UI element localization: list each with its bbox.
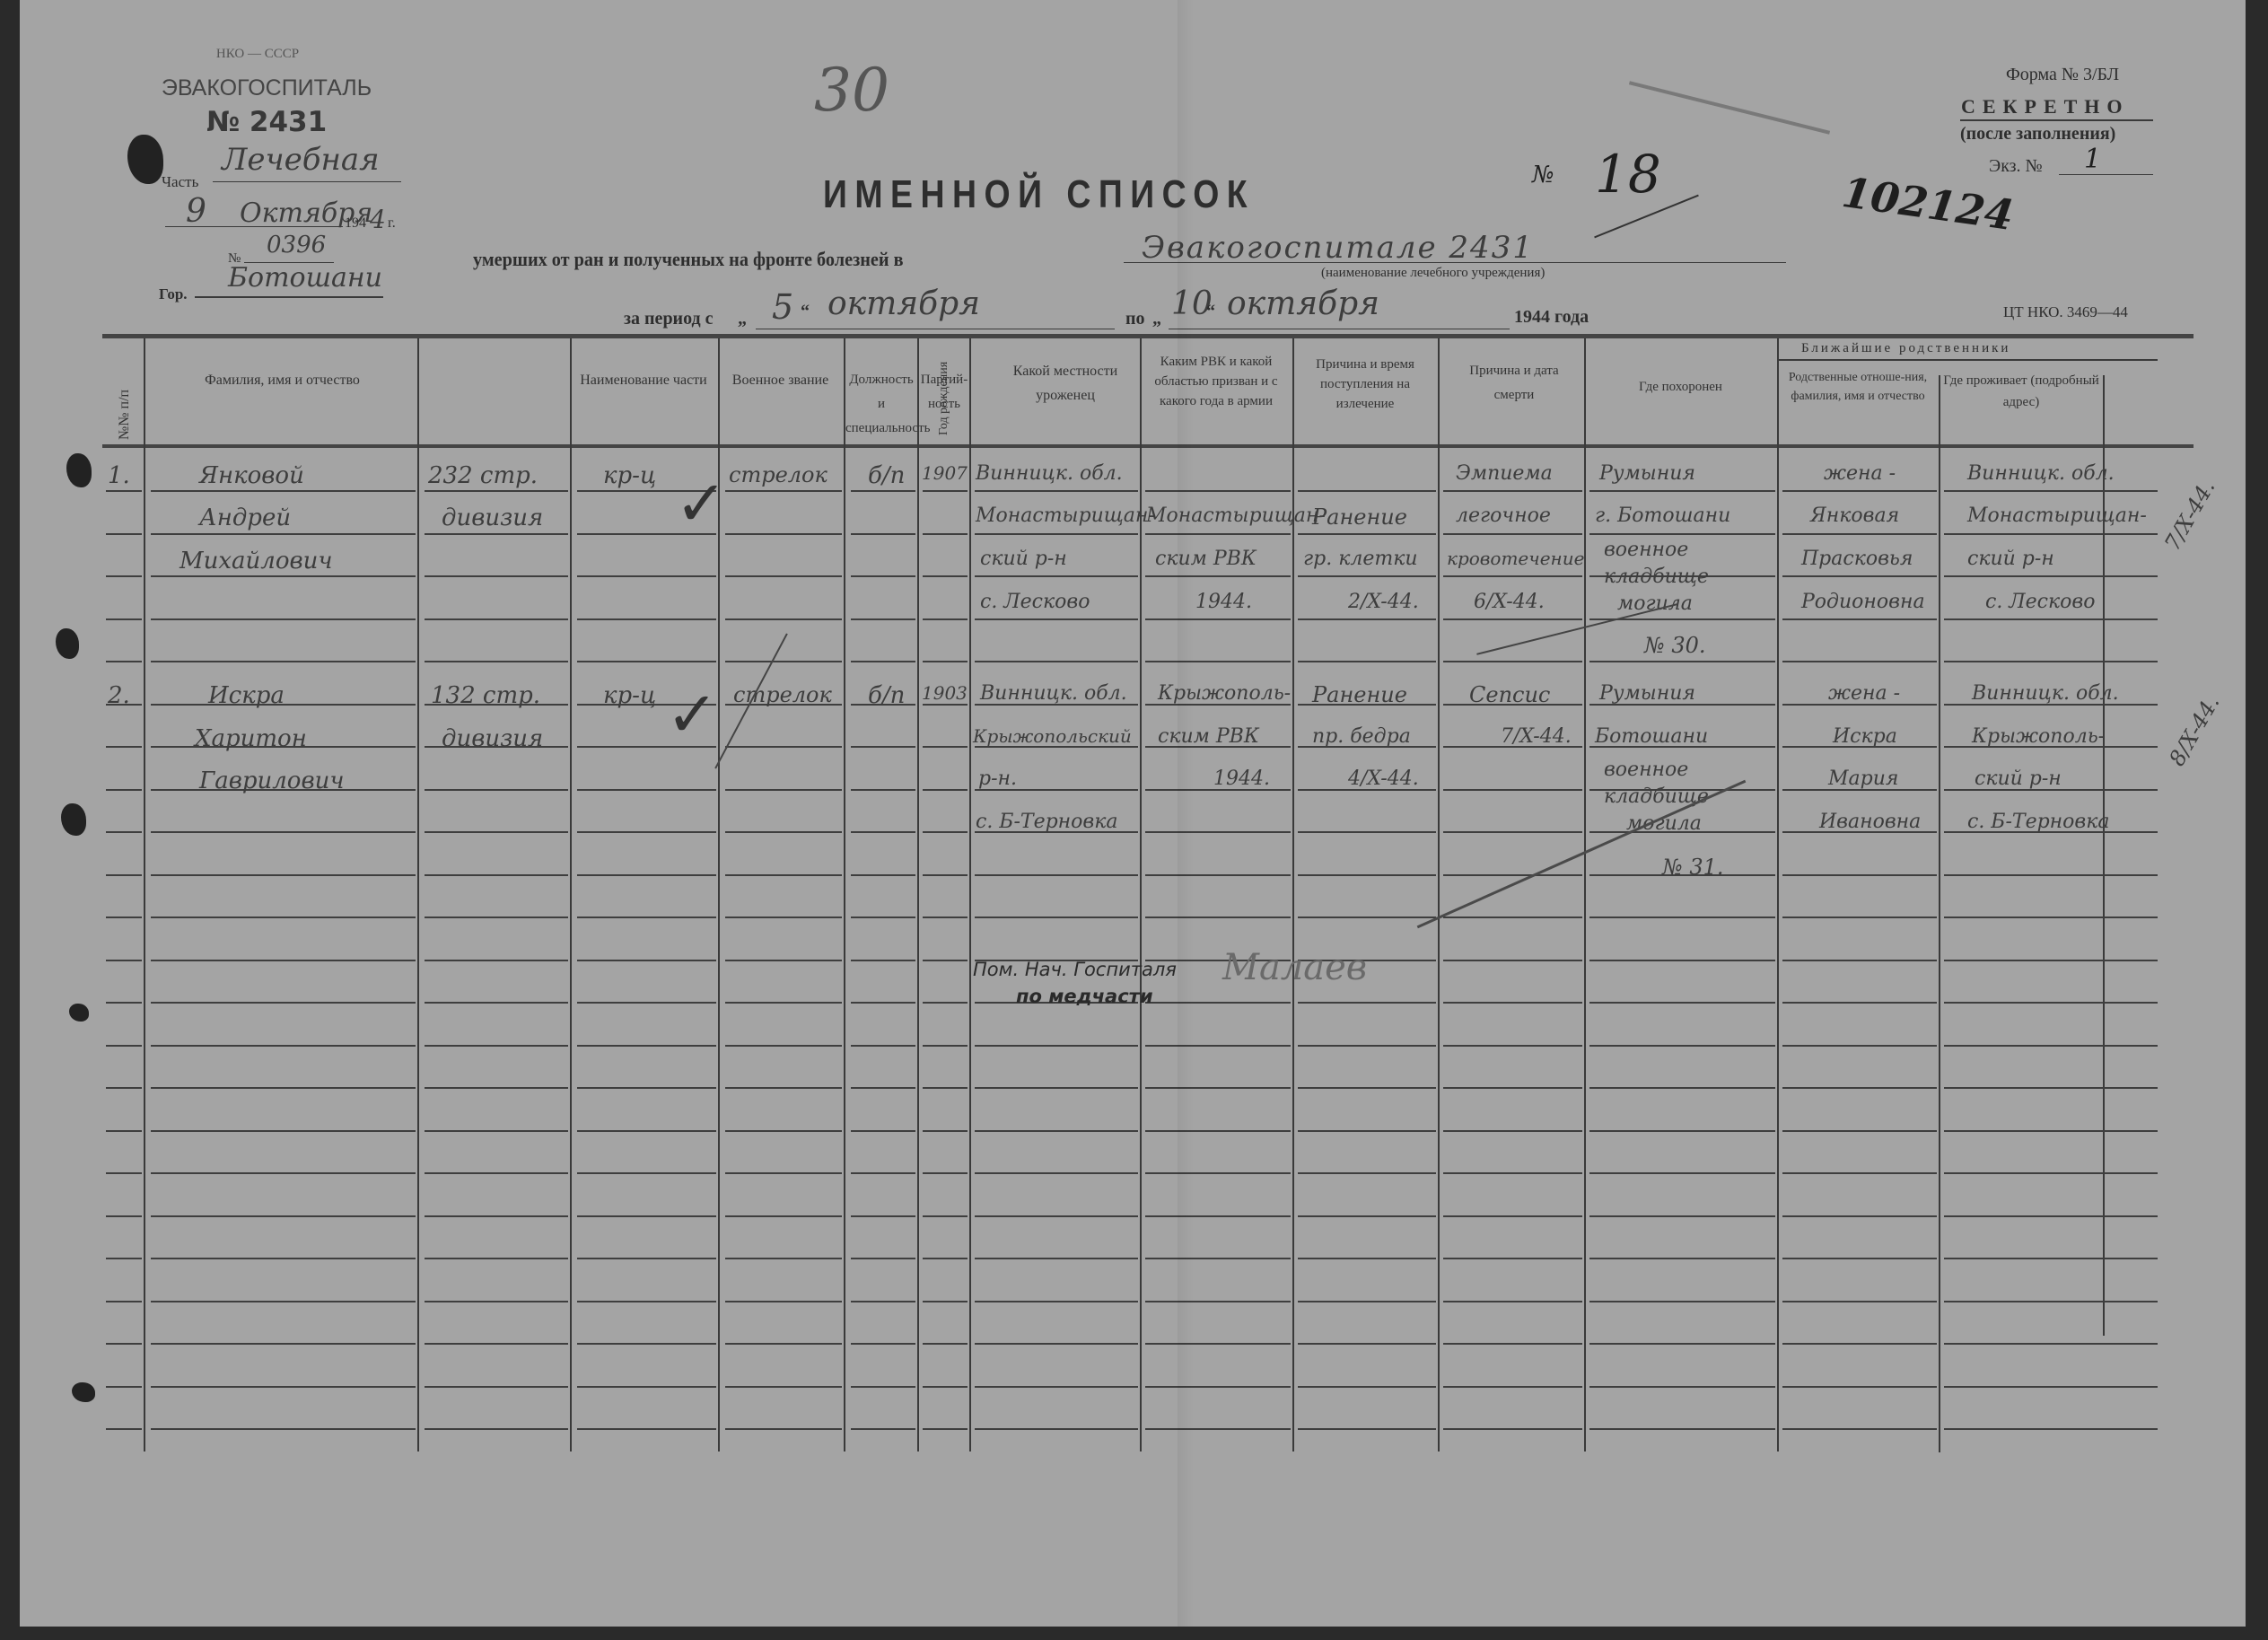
ruled-line: [425, 1087, 568, 1089]
ruled-line: [975, 661, 1138, 662]
period-to-label: по: [1125, 309, 1145, 329]
rvk: 1944.: [1213, 767, 1270, 790]
ruled-line: [1589, 1386, 1775, 1388]
ruled-line: [923, 1215, 968, 1217]
ruled-line: [851, 1386, 915, 1388]
ruled-line: [1443, 1343, 1582, 1345]
stamp-year-unit: г.: [388, 215, 396, 232]
ruled-line: [923, 746, 968, 748]
ruled-line: [1782, 533, 1937, 535]
surname: Янковой: [199, 462, 304, 489]
ruled-line: [975, 1215, 1138, 1217]
copy-label: Экз. №: [1989, 156, 2043, 177]
column-header-relative: Родственные отноше-ния, фамилия, имя и о…: [1781, 368, 1935, 406]
burial-place: военное: [1604, 539, 1688, 561]
document-title: ИМЕННОЙ СПИСОК: [823, 172, 1255, 217]
ruled-line: [1298, 618, 1436, 620]
ruled-line: [1298, 575, 1436, 577]
ruled-line: [725, 1428, 842, 1430]
origin: Крыжопольский: [973, 725, 1132, 747]
ruled-line: [106, 916, 142, 918]
ruled-line: [1443, 916, 1582, 918]
ruled-line: [1298, 1258, 1436, 1259]
ruled-line: [923, 704, 968, 706]
ruled-line: [1782, 1130, 1937, 1132]
ruled-line: [577, 575, 716, 577]
ruled-line: [151, 1258, 416, 1259]
ruled-line: [106, 1172, 142, 1174]
ruled-line: [1443, 1130, 1582, 1132]
paper-damage: [56, 628, 79, 659]
ruled-line: [923, 1258, 968, 1259]
death-date: 7/X-44.: [1501, 725, 1572, 748]
ruled-line: [106, 1045, 142, 1047]
ruled-line: [1443, 1045, 1582, 1047]
ruled-line: [106, 1087, 142, 1089]
ruled-line: [106, 960, 142, 961]
ruled-line: [1145, 533, 1291, 535]
ruled-line: [151, 960, 416, 961]
ruled-line: [106, 1428, 142, 1430]
page-number: 30: [814, 56, 889, 125]
stamp-institution: ЭВАКОГОСПИТАЛЬ: [136, 75, 397, 101]
burial-place: Румыния: [1599, 462, 1695, 485]
ruled-line: [975, 1087, 1138, 1089]
column-header-position: Должность и специальность: [845, 368, 917, 441]
address: Крыжополь-: [1972, 725, 2105, 748]
ruled-line: [151, 490, 416, 492]
checkmark-icon: ✓: [666, 678, 719, 752]
ruled-line: [1443, 533, 1582, 535]
ruled-line: [1782, 575, 1937, 577]
ruled-line: [1589, 960, 1775, 961]
column-header-rvk: Каким РВК и какой областью призван и с к…: [1143, 352, 1289, 411]
ruled-line: [1443, 490, 1582, 492]
print-code: ЦТ НКО. 3469—44: [2003, 303, 2128, 321]
ruled-line: [923, 661, 968, 662]
ruled-line: [1145, 1172, 1291, 1174]
ruled-line: [106, 1386, 142, 1388]
ruled-line: [425, 533, 568, 535]
ruled-line: [725, 1258, 842, 1259]
ruled-line: [1145, 1002, 1291, 1004]
ruled-line: [577, 1301, 716, 1302]
ruled-line: [425, 490, 568, 492]
ruled-line: [1944, 1258, 2158, 1259]
ruled-line: [1589, 1002, 1775, 1004]
ruled-line: [106, 1215, 142, 1217]
ruled-line: [1589, 490, 1775, 492]
ruled-line: [106, 1258, 142, 1259]
ruled-line: [1145, 1386, 1291, 1388]
ruled-line: [106, 1343, 142, 1345]
ruled-line: [1782, 1087, 1937, 1089]
ruled-line: [725, 1130, 842, 1132]
ruled-line: [151, 1301, 416, 1302]
death-date: 6/X-44.: [1474, 591, 1545, 613]
ruled-line: [1145, 575, 1291, 577]
ruled-line: [425, 1386, 568, 1388]
ruled-line: [1944, 1130, 2158, 1132]
ruled-line: [725, 618, 842, 620]
column-header-death: Причина и дата смерти: [1451, 359, 1577, 408]
ruled-line: [1443, 1428, 1582, 1430]
ruled-line: [1589, 1343, 1775, 1345]
ruled-line: [1589, 916, 1775, 918]
ruled-line: [1782, 874, 1937, 876]
ruled-line: [1944, 1002, 2158, 1004]
ruled-line: [725, 874, 842, 876]
death-cause: легочное: [1456, 504, 1551, 527]
ruled-line: [923, 1428, 968, 1430]
ruled-line: [106, 746, 142, 748]
ruled-line: [1944, 1301, 2158, 1302]
ruled-line: [1782, 1301, 1937, 1302]
ruled-line: [1298, 1172, 1436, 1174]
ruled-line: [425, 1428, 568, 1430]
column-header-birth-year: Год рождения: [937, 364, 951, 435]
ruled-line: [577, 1002, 716, 1004]
stamp-part-value: Лечебная: [222, 142, 380, 178]
ruled-line: [975, 1045, 1138, 1047]
ruled-line: [106, 618, 142, 620]
ruled-line: [975, 1428, 1138, 1430]
ruled-line: [1145, 490, 1291, 492]
origin: р-н.: [978, 767, 1017, 790]
ruled-line: [851, 1428, 915, 1430]
ruled-line: [851, 1343, 915, 1345]
ruled-line: [425, 1301, 568, 1302]
paper-damage: [66, 453, 92, 487]
ruled-line: [923, 1172, 968, 1174]
ruled-line: [1782, 661, 1937, 662]
column-header-admission: Причина и время поступления на излечение: [1296, 355, 1434, 414]
ruled-line: [975, 1130, 1138, 1132]
institution-caption: (наименование лечебного учреждения): [1321, 266, 1545, 281]
ruled-line: [1298, 1301, 1436, 1302]
ruled-line: [1298, 874, 1436, 876]
ruled-line: [1145, 831, 1291, 833]
column-header-number: №№ п/п: [117, 390, 133, 440]
ruled-line: [725, 575, 842, 577]
ruled-line: [151, 831, 416, 833]
ruled-line: [851, 661, 915, 662]
relative: Мария: [1828, 767, 1898, 790]
period-prefix: за период с: [624, 309, 714, 329]
period-to-month: октября: [1227, 285, 1379, 322]
ruled-line: [1298, 1087, 1436, 1089]
ruled-line: [151, 1343, 416, 1345]
list-number: 18: [1595, 144, 1661, 205]
ruled-line: [1782, 960, 1937, 961]
ruled-line: [851, 618, 915, 620]
ruled-line: [577, 1045, 716, 1047]
admission-cause: Ранение: [1312, 682, 1407, 707]
ruled-line: [1944, 1087, 2158, 1089]
ruled-line: [1443, 1215, 1582, 1217]
ruled-line: [577, 831, 716, 833]
ruled-line: [851, 789, 915, 791]
form-number: Форма № 3/БЛ: [2006, 65, 2119, 85]
ruled-line: [851, 490, 915, 492]
stamp-authority: НКО — СССР: [154, 47, 361, 62]
ruled-line: [577, 1258, 716, 1259]
unit: 232 стр.: [428, 462, 538, 489]
column-header-name: Фамилия, имя и отчество: [154, 368, 410, 392]
ruled-line: [1944, 1343, 2158, 1345]
rvk: 1944.: [1195, 591, 1252, 613]
origin: с. Б-Терновка: [976, 811, 1117, 833]
ruled-line: [1298, 1215, 1436, 1217]
ruled-line: [1944, 575, 2158, 577]
ruled-line: [425, 1172, 568, 1174]
admission-date: 4/X-44.: [1348, 767, 1419, 790]
ruled-line: [425, 1130, 568, 1132]
ruled-line: [975, 490, 1138, 492]
ruled-line: [725, 1301, 842, 1302]
ruled-line: [923, 874, 968, 876]
ruled-line: [577, 916, 716, 918]
ruled-line: [106, 831, 142, 833]
stamp-year-suffix: 4: [370, 205, 386, 234]
ruled-line: [425, 831, 568, 833]
ruled-line: [1944, 874, 2158, 876]
first-name: Андрей: [199, 504, 291, 531]
ruled-line: [151, 916, 416, 918]
ruled-line: [1298, 1130, 1436, 1132]
column-group-header-relatives: Ближайшие родственники: [1801, 341, 2010, 356]
party: б/п: [868, 682, 905, 709]
origin: с. Лесково: [980, 591, 1090, 613]
ruled-line: [1298, 1428, 1436, 1430]
ruled-line: [1944, 1386, 2158, 1388]
relative: Янковая: [1810, 504, 1899, 527]
ruled-line: [106, 789, 142, 791]
ruled-line: [106, 1002, 142, 1004]
ruled-line: [725, 746, 842, 748]
ruled-line: [577, 618, 716, 620]
admission-cause: Ранение: [1312, 504, 1407, 530]
address: Монастырищан-: [1967, 504, 2147, 527]
patronymic: Михайлович: [180, 548, 333, 574]
column-header-unit: Наименование части: [576, 368, 711, 392]
ruled-line: [851, 831, 915, 833]
ruled-line: [1443, 1301, 1582, 1302]
ruled-line: [1443, 1386, 1582, 1388]
ruled-line: [1298, 1386, 1436, 1388]
ruled-line: [106, 533, 142, 535]
ruled-line: [923, 1002, 968, 1004]
ruled-line: [1298, 1343, 1436, 1345]
column-header-rank: Военное звание: [724, 368, 836, 392]
ruled-line: [1589, 533, 1775, 535]
column-header-address: Где проживает (подробный адрес): [1942, 370, 2100, 413]
ruled-line: [425, 960, 568, 961]
ruled-line: [725, 960, 842, 961]
ruled-line: [1443, 575, 1582, 577]
secret-note: (после заполнения): [1960, 124, 2115, 145]
ruled-line: [1145, 1215, 1291, 1217]
ruled-line: [975, 618, 1138, 620]
ruled-line: [577, 874, 716, 876]
relative: жена -: [1824, 462, 1896, 485]
ruled-line: [1944, 916, 2158, 918]
ruled-line: [151, 1386, 416, 1388]
ruled-line: [1145, 1428, 1291, 1430]
ruled-line: [851, 874, 915, 876]
rvk: Монастырищан-: [1146, 504, 1326, 527]
ruled-line: [1443, 960, 1582, 961]
ruled-line: [577, 661, 716, 662]
ruled-line: [1589, 1130, 1775, 1132]
ruled-line: [1944, 1172, 2158, 1174]
ruled-line: [923, 618, 968, 620]
ruled-line: [577, 1087, 716, 1089]
margin-note: 7/X-44.: [2159, 476, 2220, 555]
birth-year: 1907: [922, 462, 968, 484]
ruled-line: [1782, 618, 1937, 620]
ruled-line: [1944, 1428, 2158, 1430]
ruled-line: [1944, 1215, 2158, 1217]
ruled-line: [106, 1301, 142, 1302]
ruled-line: [425, 916, 568, 918]
rvk: Крыжополь-: [1158, 682, 1291, 705]
ruled-line: [1782, 1428, 1937, 1430]
ruled-line: [1589, 1087, 1775, 1089]
ruled-line: [151, 1087, 416, 1089]
ruled-line: [577, 1215, 716, 1217]
ruled-line: [725, 661, 842, 662]
period-from-month: октября: [828, 285, 980, 322]
ruled-line: [725, 831, 842, 833]
origin: Винницк. обл.: [980, 682, 1127, 705]
ruled-line: [923, 831, 968, 833]
ruled-line: [1443, 831, 1582, 833]
address: с. Б-Терновка: [1967, 811, 2109, 833]
rank: кр-ц: [603, 462, 656, 489]
ruled-line: [151, 1130, 416, 1132]
ruled-line: [1944, 661, 2158, 662]
signatory-department: по медчасти: [1016, 986, 1153, 1007]
ruled-line: [1782, 916, 1937, 918]
address: ский р-н: [1975, 767, 2062, 790]
ruled-line: [725, 916, 842, 918]
ruled-line: [1145, 1343, 1291, 1345]
first-name: Харитон: [195, 725, 307, 752]
unit: 132 стр.: [431, 682, 540, 709]
position: стрелок: [729, 462, 828, 487]
ruled-line: [1589, 1258, 1775, 1259]
ruled-line: [1298, 1002, 1436, 1004]
ruled-line: [106, 490, 142, 492]
list-number-prefix: №: [1532, 162, 1554, 189]
admission-cause: пр. бедра: [1312, 725, 1411, 748]
ruled-line: [1782, 1258, 1937, 1259]
ruled-line: [725, 1087, 842, 1089]
copy-value: 1: [2084, 144, 2101, 175]
ruled-line: [151, 1428, 416, 1430]
grave-number: № 31.: [1662, 855, 1724, 880]
ruled-line: [151, 618, 416, 620]
column-header-burial: Где похоронен: [1589, 375, 1773, 399]
paper-damage: [127, 135, 163, 184]
ruled-line: [851, 1045, 915, 1047]
ruled-line: [1298, 533, 1436, 535]
ruled-line: [851, 1002, 915, 1004]
unit: дивизия: [442, 725, 543, 752]
admission-date: 2/X-44.: [1348, 591, 1419, 613]
ruled-line: [1145, 1301, 1291, 1302]
ruled-line: [151, 1172, 416, 1174]
paper-damage: [61, 803, 86, 836]
ruled-line: [725, 490, 842, 492]
ruled-line: [1145, 1258, 1291, 1259]
registration-stamp: 102124: [1839, 168, 2017, 240]
ruled-line: [851, 916, 915, 918]
checkmark-icon: ✓: [675, 467, 728, 541]
ruled-line: [725, 1215, 842, 1217]
period-year: 1944 года: [1514, 307, 1589, 328]
ruled-line: [1589, 1428, 1775, 1430]
ruled-line: [725, 1045, 842, 1047]
document-page: НКО — СССР ЭВАКОГОСПИТАЛЬ № 2431 Часть Л…: [20, 0, 2246, 1627]
ruled-line: [425, 789, 568, 791]
rvk: ским РВК: [1155, 548, 1257, 570]
signatory-title: Пом. Нач. Госпиталя: [973, 959, 1177, 980]
relative: Родионовна: [1801, 591, 1925, 613]
ruled-line: [851, 746, 915, 748]
ruled-line: [1782, 1002, 1937, 1004]
ruled-line: [725, 533, 842, 535]
ruled-line: [106, 874, 142, 876]
address: Винницк. обл.: [1967, 462, 2115, 485]
ruled-line: [425, 1045, 568, 1047]
surname: Искра: [208, 682, 285, 709]
ruled-line: [1944, 1045, 2158, 1047]
ruled-line: [975, 533, 1138, 535]
ruled-line: [577, 1343, 716, 1345]
ruled-line: [725, 789, 842, 791]
ruled-line: [1944, 533, 2158, 535]
unit: дивизия: [442, 504, 543, 531]
grave-number: № 30.: [1644, 633, 1706, 658]
burial-place: кладбище: [1604, 566, 1709, 588]
ruled-line: [725, 1002, 842, 1004]
stamp-date-day: 9: [186, 193, 206, 230]
ruled-line: [577, 960, 716, 961]
ruled-line: [1944, 490, 2158, 492]
origin: ский р-н: [980, 548, 1067, 570]
ruled-line: [923, 490, 968, 492]
address: с. Лесково: [1985, 591, 2095, 613]
ruled-line: [1443, 1087, 1582, 1089]
secret-label: СЕКРЕТНО: [1961, 95, 2130, 118]
ruled-line: [1782, 490, 1937, 492]
ruled-line: [151, 874, 416, 876]
ruled-line: [1298, 661, 1436, 662]
death-cause: Эмпиема: [1456, 462, 1553, 485]
ruled-line: [851, 960, 915, 961]
table-header-bottom-border: [102, 444, 2194, 448]
ruled-line: [975, 1343, 1138, 1345]
ruled-line: [1589, 1301, 1775, 1302]
rank: кр-ц: [603, 682, 656, 709]
birth-year: 1903: [922, 682, 968, 704]
ruled-line: [851, 575, 915, 577]
ruled-line: [1589, 1045, 1775, 1047]
address: ский р-н: [1967, 548, 2054, 570]
stamp-year-prefix: 194: [345, 215, 366, 232]
